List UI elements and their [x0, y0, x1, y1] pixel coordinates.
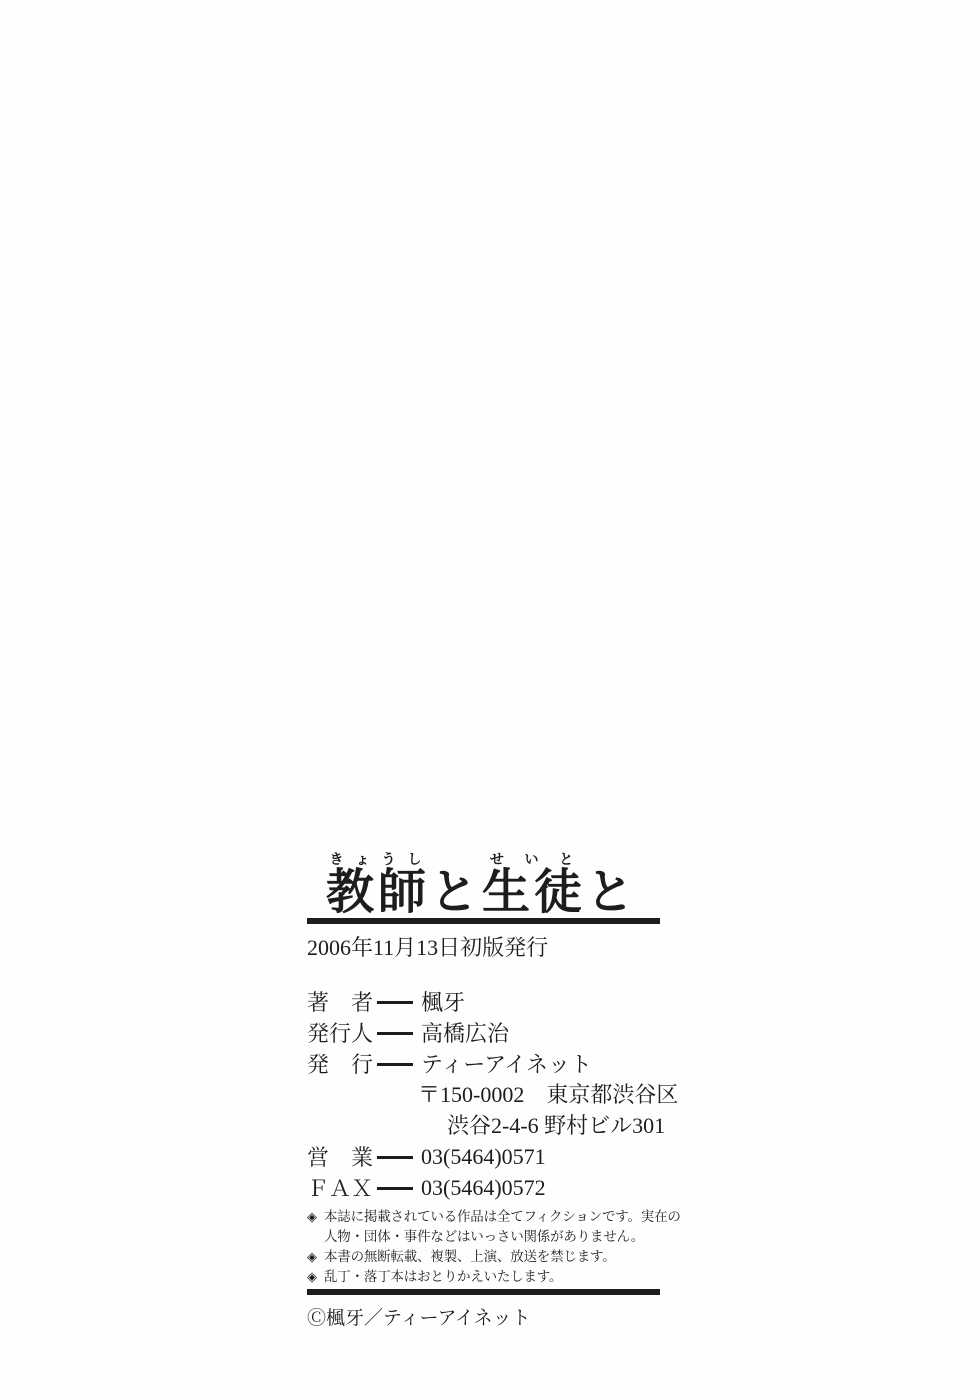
label-dash: [377, 1032, 413, 1035]
legal-notices: ◈ 本誌に掲載されている作品は全てフィクションです。実在の 人物・団体・事件など…: [307, 1207, 660, 1287]
diamond-bullet-icon: ◈: [307, 1207, 324, 1247]
notice-fiction-text: 本誌に掲載されている作品は全てフィクションです。実在の 人物・団体・事件などはい…: [324, 1207, 681, 1247]
label-dash: [377, 1187, 413, 1190]
notice-defective-copies-line: 乱丁・落丁本はおとりかえいたします。: [324, 1267, 660, 1287]
scanned-colophon-page: { "colors": { "ink": "#1d1d1d", "paper":…: [0, 0, 977, 1400]
row-fax-label: ＦＡＸ: [307, 1172, 375, 1203]
label-dash: [377, 1156, 413, 1159]
title-base-seito: 生徒: [482, 866, 586, 919]
row-author: 著 者 楓牙: [307, 986, 660, 1017]
diamond-bullet-icon: ◈: [307, 1247, 324, 1267]
notice-no-reproduction: ◈ 本書の無断転載、複製、上演、放送を禁じます。: [307, 1247, 660, 1267]
row-publisher-person-label: 発行人: [307, 1017, 375, 1048]
diamond-bullet-icon: ◈: [307, 1267, 324, 1287]
row-fax: ＦＡＸ 03(5464)0572: [307, 1172, 660, 1203]
title-word-seito: 生徒せいと: [482, 866, 586, 919]
divider-bottom: [307, 1289, 660, 1295]
notice-defective-copies-text: 乱丁・落丁本はおとりかえいたします。: [324, 1267, 660, 1287]
notice-no-reproduction-text: 本書の無断転載、複製、上演、放送を禁じます。: [324, 1247, 660, 1267]
row-publisher-company-value: ティーアイネット: [421, 1048, 592, 1079]
row-author-label: 著 者: [307, 986, 375, 1017]
row-publisher-person-value: 高橋広治: [421, 1017, 509, 1048]
title-word-kyoushi: 教師きょうし: [326, 866, 430, 919]
notice-fiction-line-2: 人物・団体・事件などはいっさい関係がありません。: [324, 1227, 681, 1247]
notice-fiction-line-1: 本誌に掲載されている作品は全てフィクションです。実在の: [324, 1207, 681, 1227]
notice-defective-copies: ◈ 乱丁・落丁本はおとりかえいたします。: [307, 1267, 660, 1287]
row-sales-value: 03(5464)0571: [421, 1144, 546, 1170]
label-dash: [377, 1063, 413, 1066]
title-base-kyoushi: 教師: [326, 866, 430, 919]
furigana-kyoushi: きょうし: [326, 853, 430, 868]
address-line-2: 渋谷2-4-6 野村ビル301: [307, 1110, 660, 1141]
furigana-seito: せいと: [482, 853, 586, 868]
book-title-text: 教師きょうしと生徒せいとと: [326, 853, 638, 918]
publisher-address: 〒150-0002 東京都渋谷区 渋谷2-4-6 野村ビル301: [307, 1079, 660, 1141]
edition-date-line: 2006年11月13日初版発行: [307, 931, 660, 962]
row-fax-value: 03(5464)0572: [421, 1175, 546, 1201]
colophon-block: 教師きょうしと生徒せいとと 2006年11月13日初版発行 著 者 楓牙 発行人…: [307, 824, 660, 1330]
row-author-value: 楓牙: [421, 986, 465, 1017]
address-line-1: 〒150-0002 東京都渋谷区: [307, 1079, 660, 1110]
row-publisher-company: 発 行 ティーアイネット: [307, 1048, 660, 1079]
book-title: 教師きょうしと生徒せいとと: [307, 824, 660, 918]
title-particle-to-1: と: [430, 866, 482, 919]
label-dash: [377, 1001, 413, 1004]
row-sales-phone: 営 業 03(5464)0571: [307, 1141, 660, 1172]
notice-no-reproduction-line: 本書の無断転載、複製、上演、放送を禁じます。: [324, 1247, 660, 1267]
row-publisher-person: 発行人 高橋広治: [307, 1017, 660, 1048]
contact-rows: 営 業 03(5464)0571 ＦＡＸ 03(5464)0572: [307, 1141, 660, 1203]
publication-rows: 著 者 楓牙 発行人 高橋広治 発 行 ティーアイネット: [307, 986, 660, 1079]
copyright-line: Ⓒ楓牙／ティーアイネット: [307, 1303, 660, 1330]
notice-fiction-disclaimer: ◈ 本誌に掲載されている作品は全てフィクションです。実在の 人物・団体・事件など…: [307, 1207, 660, 1247]
title-particle-to-2: と: [586, 866, 638, 919]
row-sales-label: 営 業: [307, 1141, 375, 1172]
row-publisher-company-label: 発 行: [307, 1048, 375, 1079]
